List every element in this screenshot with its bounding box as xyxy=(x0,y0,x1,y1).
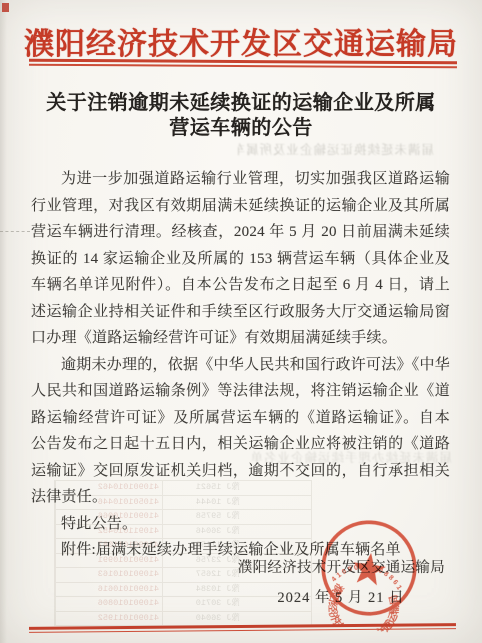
bleed-through-cell: 410901010163 xyxy=(55,568,162,582)
notice-body: 为进一步加强道路运输行业管理，切实加强我区道路运输行业管理，对我区有效期届满未延… xyxy=(31,166,450,564)
bleed-through-cell: 410901011952 xyxy=(55,612,162,626)
paragraph-legal-cancellation: 逾期未办理的，依据《中华人民共和国行政许可法》《中华人民共和国道路运输条例》等法… xyxy=(31,352,450,511)
official-seal-graphic: 濮阳经济技术开发区交通运输局 4109020008861 xyxy=(300,499,438,637)
bleed-through-cell: 豫J 12657 xyxy=(162,568,243,582)
scanned-document-page: 濮阳经济技术开发区交通运输局 届满未延续换证运输企业及所属车辆名单 届满未延续办… xyxy=(0,0,482,643)
official-seal: 濮阳经济技术开发区交通运输局 4109020008861 xyxy=(300,499,438,637)
bleed-through-text: 届满未延续换证运输企业及所属车辆名单 xyxy=(238,140,434,156)
notice-title-line2: 营运车辆的公告 xyxy=(0,116,482,141)
paragraph-management-cleanup: 为进一步加强道路运输行业管理，切实加强我区道路运输行业管理，对我区有效期届满未延… xyxy=(31,166,450,352)
scan-edge-artifact xyxy=(0,231,30,232)
letterhead-divider xyxy=(29,59,457,68)
bleed-through-cell: 410901010616 xyxy=(55,583,162,597)
notice-title: 关于注销逾期未延续换证的运输企业及所属 营运车辆的公告 xyxy=(0,91,482,141)
notice-title-line1: 关于注销逾期未延续换证的运输企业及所属 xyxy=(0,91,482,116)
bleed-through-cell: 豫J 36040 xyxy=(162,612,243,626)
bleed-through-cell: 410901010806 xyxy=(55,597,162,611)
bleed-through-cell: 豫J 10384 xyxy=(162,583,243,597)
scan-corner-artifact xyxy=(2,3,9,12)
bleed-through-cell: 豫J 30710 xyxy=(162,597,243,611)
agency-letterhead: 濮阳经济技术开发区交通运输局 xyxy=(0,19,482,63)
